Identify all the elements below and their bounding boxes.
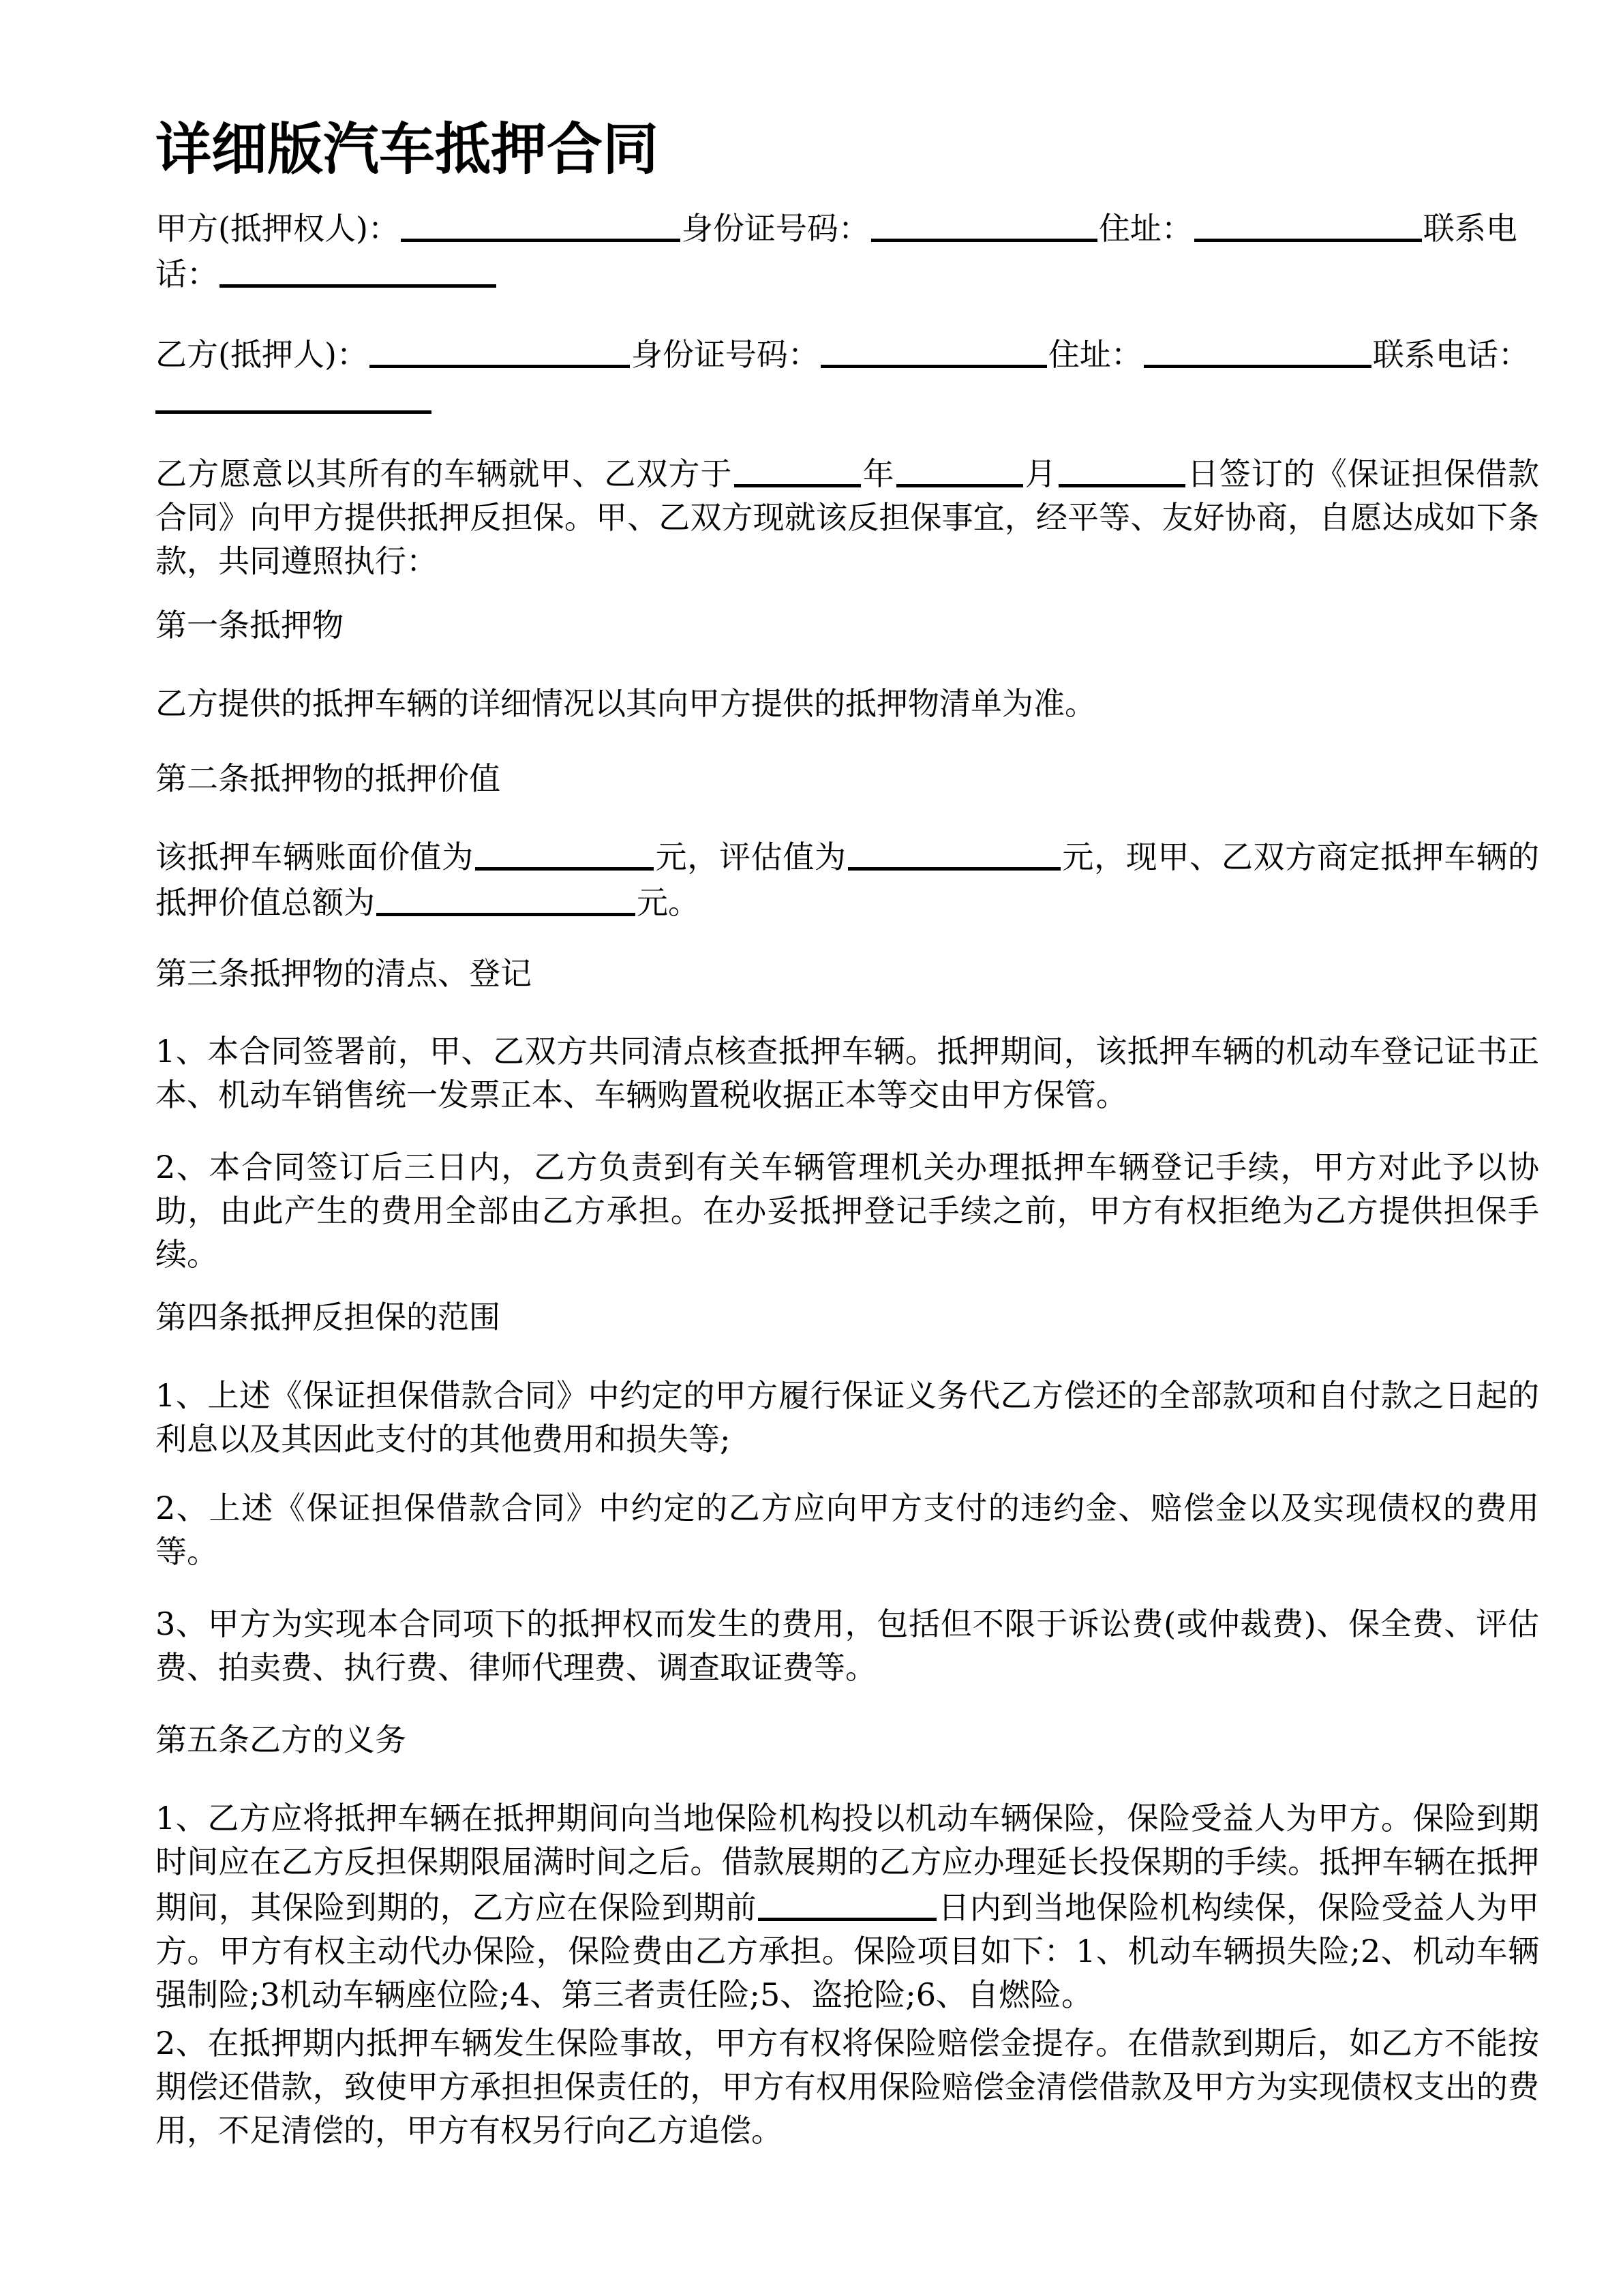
party-b-id-blank[interactable] [821,333,1047,368]
party-b-id-label: 身份证号码： [631,336,819,373]
article-1-heading: 第一条抵押物 [155,603,1539,647]
currency-suffix: 元。 [637,884,699,921]
preamble-text-1: 乙方愿意以其所有的车辆就甲、乙双方于 [155,455,733,492]
party-a-address-label: 住址： [1099,210,1193,247]
party-a-label: 甲方(抵押权人)： [155,210,399,247]
total-value-blank[interactable] [376,881,635,916]
party-b-address-label: 住址： [1048,336,1142,373]
document-title: 详细版汽车抵押合同 [155,116,658,184]
article-3-item-2: 2、本合同签订后三日内，乙方负责到有关车辆管理机关办理抵押车辆登记手续，甲方对此… [155,1145,1539,1276]
article-2-body: 该抵押车辆账面价值为元，评估值为元，现甲、乙双方商定抵押车辆的抵押价值总额为元。 [155,833,1539,924]
party-b-label: 乙方(抵押人)： [155,336,368,373]
agreement-month-blank[interactable] [896,453,1023,487]
article-3-item-1: 1、本合同签署前，甲、乙双方共同清点核查抵押车辆。抵押期间，该抵押车辆的机动车登… [155,1029,1539,1117]
article-5-item-1: 1、乙方应将抵押车辆在抵押期间向当地保险机构投以机动车辆保险，保险受益人为甲方。… [155,1796,1539,2016]
article-5-heading: 第五条乙方的义务 [155,1718,1539,1762]
book-value-blank[interactable] [475,836,654,871]
article-4-item-1: 1、上述《保证担保借款合同》中约定的甲方履行保证义务代乙方偿还的全部款项和自付款… [155,1374,1539,1461]
article-3-heading: 第三条抵押物的清点、登记 [155,952,1539,995]
article-1-body: 乙方提供的抵押车辆的详细情况以其向甲方提供的抵押物清单为准。 [155,682,1539,725]
article-5-item-2: 2、在抵押期内抵押车辆发生保险事故，甲方有权将保险赔偿金提存。在借款到期后，如乙… [155,2021,1539,2152]
party-a-id-blank[interactable] [871,207,1097,242]
party-a-phone-label-2: 话： [155,256,218,292]
assessed-value-blank[interactable] [848,836,1061,871]
party-a-id-label: 身份证号码： [682,210,870,247]
party-b-info: 乙方(抵押人)：身份证号码：住址：联系电话： [155,331,1539,422]
article-4-heading: 第四条抵押反担保的范围 [155,1295,1539,1339]
article-2-heading: 第二条抵押物的抵押价值 [155,757,1539,800]
agreement-day-blank[interactable] [1059,453,1185,487]
agreement-year-blank[interactable] [734,453,861,487]
party-a-name-blank[interactable] [401,207,680,242]
party-a-address-blank[interactable] [1194,207,1422,242]
party-b-address-blank[interactable] [1144,333,1371,368]
assessed-value-label: 元，评估值为 [655,839,847,875]
article-4-item-2: 2、上述《保证担保借款合同》中约定的乙方应向甲方支付的违约金、赔偿金以及实现债权… [155,1486,1539,1573]
year-label: 年 [862,455,895,492]
party-a-phone-label-1: 联系电 [1423,210,1517,247]
party-b-phone-blank[interactable] [155,379,431,414]
party-a-phone-blank[interactable] [219,253,496,288]
month-label: 月 [1025,455,1057,492]
book-value-label: 该抵押车辆账面价值为 [155,839,474,875]
preamble: 乙方愿意以其所有的车辆就甲、乙双方于年月日签订的《保证担保借款合同》向甲方提供抵… [155,450,1539,583]
party-a-info: 甲方(抵押权人)：身份证号码：住址：联系电话： [155,205,1539,296]
article-4-item-3: 3、甲方为实现本合同项下的抵押权而发生的费用，包括但不限于诉讼费(或仲裁费)、保… [155,1602,1539,1689]
party-b-name-blank[interactable] [369,333,630,368]
party-b-phone-label: 联系电话： [1373,336,1530,373]
renewal-days-blank[interactable] [758,1886,937,1921]
